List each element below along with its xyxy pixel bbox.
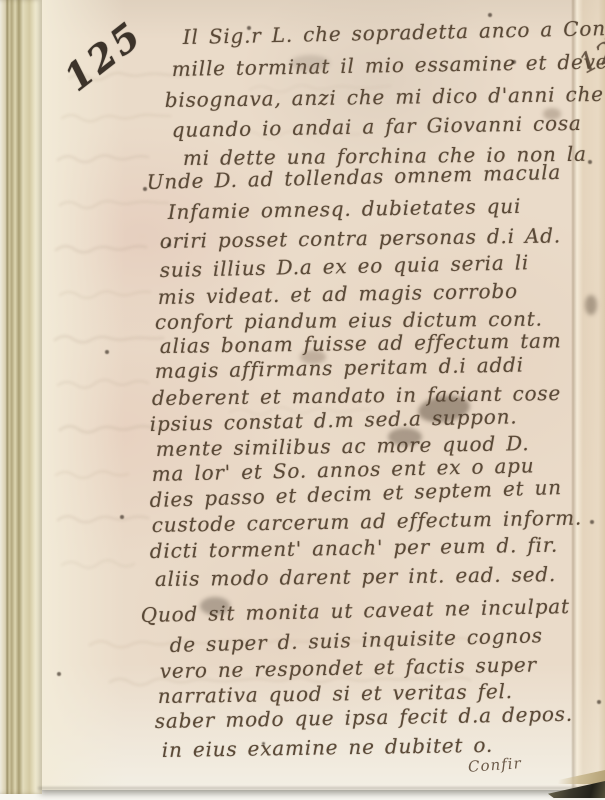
- ink-speck: [167, 243, 171, 247]
- manuscript-line: Il Sig.r L. che sopradetta anco a Confir…: [182, 15, 605, 49]
- ink-smudge: [543, 108, 561, 120]
- manuscript-line: magis affirmans peritam d.i addi: [155, 353, 524, 383]
- ink-speck: [120, 515, 124, 519]
- ink-speck: [105, 350, 109, 354]
- manuscript-line: suis illius D.a ex eo quia seria li: [159, 250, 529, 282]
- ink-speck: [57, 672, 61, 676]
- catchword: Confir: [467, 754, 522, 776]
- manuscript-line: mille torminat il mio essamine et deve: [172, 49, 605, 81]
- manuscript-line: aliis modo darent per int. ead. sed.: [155, 562, 557, 591]
- manuscript-line: de super d. suis inquisite cognos: [169, 623, 543, 657]
- manuscript-scan: 125 12 Il Sig.r L. che sopradetta anco a…: [0, 0, 605, 800]
- page-bottom-shadow: [38, 787, 605, 791]
- ink-speck: [143, 187, 147, 191]
- manuscript-line: dicti torment' anach' per eum d. fir.: [150, 533, 559, 563]
- ink-smudge: [290, 55, 330, 71]
- handwritten-text-block: 125 12 Il Sig.r L. che sopradetta anco a…: [0, 0, 605, 800]
- manuscript-line: bisognava, anzi che mi dico d'anni che: [165, 82, 604, 112]
- ink-speck: [512, 60, 516, 64]
- manuscript-line: quando io andai a far Giovanni cosa: [172, 111, 582, 142]
- ink-speck: [588, 160, 592, 164]
- ink-smudge: [388, 428, 422, 446]
- manuscript-line: oriri posset contra personas d.i Ad.: [160, 223, 561, 253]
- ink-speck: [262, 742, 265, 745]
- manuscript-line: Infamie omnesq. dubietates qui: [168, 194, 522, 224]
- ink-smudge: [300, 350, 326, 364]
- manuscript-line: in eius examine ne dubitet o.: [162, 733, 494, 762]
- folio-number: 125: [56, 12, 151, 100]
- manuscript-line: vero ne respondet et factis super: [160, 652, 538, 683]
- ink-speck: [247, 26, 251, 30]
- ink-smudge: [585, 295, 597, 315]
- ink-speck: [597, 700, 601, 704]
- ink-speck: [488, 13, 492, 17]
- ink-speck: [590, 520, 594, 524]
- manuscript-line: mis videat. et ad magis corrobo: [158, 279, 518, 309]
- ink-smudge: [200, 597, 230, 615]
